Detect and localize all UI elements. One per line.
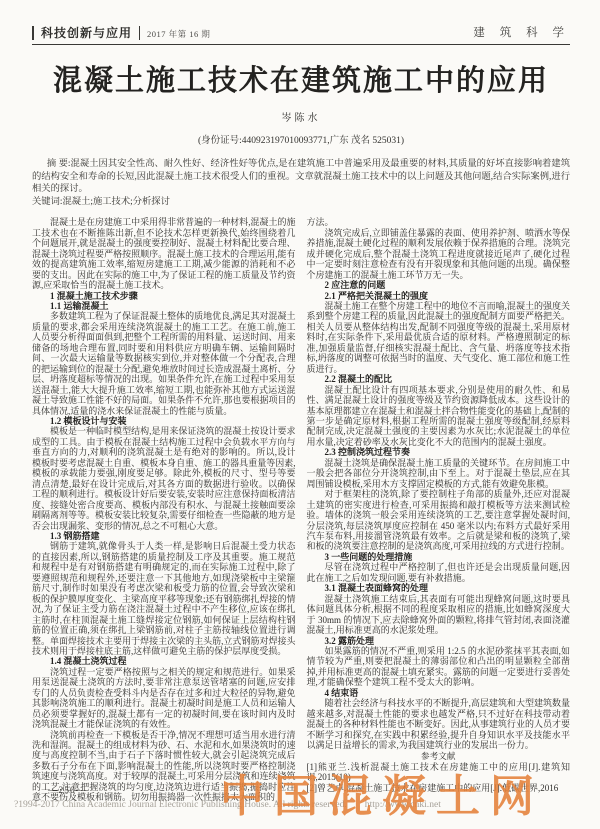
cnki-url: http://www.cnki.net — [365, 799, 441, 810]
author-affiliation: (身份证号:440923197010093771,广东 茂名 525031) — [32, 132, 570, 146]
section-heading: 1.2 模板设计与安装 — [32, 416, 296, 426]
paragraph: 多数建筑工程为了保证混凝土整体的质地优良,满足其对混凝土质量的要求,都会采用连续… — [32, 311, 296, 416]
keywords: 关键词:混凝土;施工技术;分析探讨 — [32, 196, 570, 209]
right-column: 方法。 浇筑完成后,立即铺盖住暴露的表面、使用养护剂、喷洒水等保养措施,混凝土硬… — [307, 217, 571, 802]
section-heading: 1.3 钢筋搭建 — [32, 531, 296, 541]
paragraph: 混凝土是在房建施工中采用得非常普遍的一种材料,混凝土的施工技术也在不断推陈出新,… — [32, 217, 296, 290]
section-heading: 4 结束语 — [307, 688, 571, 698]
author-name: 岑陈水 — [32, 109, 570, 124]
paragraph: 随着社会经济与科技水平的不断提升,高层建筑和大型建筑数量越来越多,对混凝土性能的… — [307, 698, 571, 750]
section-heading: 2.3 控制浇筑过程节奏 — [307, 447, 571, 457]
page-number: —250— — [48, 786, 86, 796]
paragraph: 对于框架柱的浇筑,除了要控制柱子角部的质量外,还应对混凝土建筑的密实度进行检查,… — [307, 489, 571, 552]
section-heading: 1 混凝土施工技术步骤 — [32, 291, 296, 301]
section-heading: 3.1 混凝土表面蜂窝的处理 — [307, 583, 571, 593]
copyright-text: ?1994-2017 China Academic Journal Electr… — [14, 799, 347, 810]
paragraph: 混凝土配比设计有四项基本要求,分别是使用的耐久性、和易性、满足混凝土设计的强度等… — [307, 385, 571, 448]
scanned-paper-page: 科技创新与应用 2017 年第 16 期 建 筑 科 学 混凝土施工技术在建筑施… — [0, 0, 600, 829]
paragraph: 模板是一种临时模型结构,是用来保证浇筑的混凝土按设计要求成型的工具。由于模板在混… — [32, 426, 296, 531]
paragraph: 混凝土施工在整个房建工程中的地位不言而喻,混凝土的强度关系到整个房建工程的质量,… — [307, 301, 571, 374]
reference-item: [2]曾艺卓.混凝土施工技术在房建施工中的应用[J].低碳世界,2016 — [307, 783, 571, 793]
reference-item: [1]熊亚兰.浅析混凝土施工技术在房建施工中的应用[J].建筑知识,2015(1… — [307, 762, 571, 783]
paragraph: 钢筋于建筑,就像骨头于人类一样,是影响日后混凝土受力状态的直接因素,所以,钢筋搭… — [32, 541, 296, 656]
section-heading: 1.4 混凝土浇筑过程 — [32, 656, 296, 666]
paragraph: 混凝土浇筑是确保混凝土施工质量的关键环节。在房间施工中一般会把各部位分开浇筑控制… — [307, 458, 571, 489]
copyright-line: ?1994-2017 China Academic Journal Electr… — [14, 799, 586, 810]
article-body: 混凝土是在房建施工中采用得非常普遍的一种材料,混凝土的施工技术也在不断推陈出新,… — [32, 217, 570, 802]
abstract-text: 摘 要:混凝土因其安全性高、耐久性好、经济性好等优点,是在建筑施工中普遍采用及最… — [32, 158, 570, 196]
paragraph: 混凝土浇筑施工结束后,其表面有可能出现蜂窝问题,这时要具体问题具体分析,根据不同… — [307, 594, 571, 636]
paragraph-continuation: 方法。 — [307, 217, 571, 227]
section-heading: 2.2 混凝土的配比 — [307, 374, 571, 384]
journal-name: 科技创新与应用 — [32, 26, 140, 40]
section-heading: 3.2 露筋处理 — [307, 636, 571, 646]
section-heading: 1.1 运输混凝土 — [32, 301, 296, 311]
paragraph: 浇筑过程一定要严格按照与之相关的规定和规范进行。如果采用泵送混凝土浇筑的方法时,… — [32, 667, 296, 730]
paragraph: 浇筑完成后,立即铺盖住暴露的表面、使用养护剂、喷洒水等保养措施,混凝土硬化过程的… — [307, 228, 571, 280]
page-title: 混凝土施工技术在建筑施工中的应用 — [32, 58, 570, 99]
abstract-block: 摘 要:混凝土因其安全性高、耐久性好、经济性好等优点,是在建筑施工中普遍采用及最… — [32, 158, 570, 208]
references-heading: 参考文献 — [307, 751, 571, 761]
paragraph: 尽管在浇筑过程中严格控制了,但也许还是会出现质量问题,因此在施工之后如发现问题,… — [307, 562, 571, 583]
journal-issue: 2017 年第 16 期 — [147, 28, 210, 40]
left-column: 混凝土是在房建施工中采用得非常普遍的一种材料,混凝土的施工技术也在不断推陈出新,… — [32, 217, 296, 802]
section-heading: 3 一些问题的处理措施 — [307, 552, 571, 562]
section-heading: 2 应注意的问题 — [307, 280, 571, 290]
journal-section: 建 筑 科 学 — [473, 24, 570, 40]
journal-header: 科技创新与应用 2017 年第 16 期 建 筑 科 学 — [32, 24, 570, 45]
section-heading: 2.1 严格把关混凝土的强度 — [307, 291, 571, 301]
paragraph: 如果露筋的情况不严重,则采用 1:2.5 的水泥砂浆抹平其表面,如情节较为严重,… — [307, 646, 571, 688]
